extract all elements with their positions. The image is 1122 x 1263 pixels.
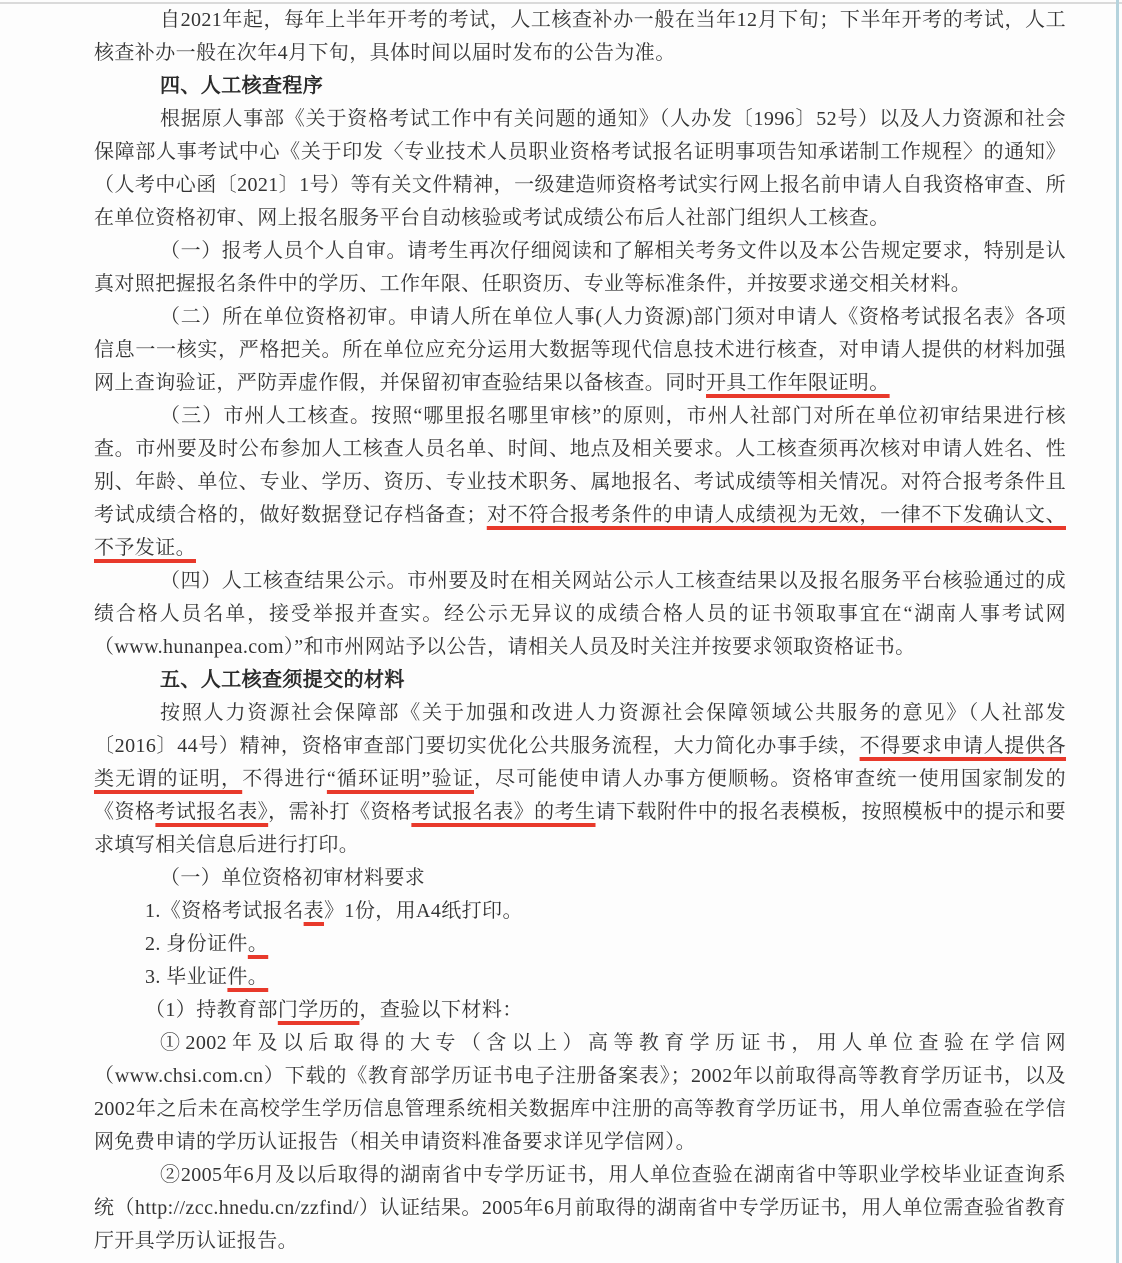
text-segment: ，查验以下材料：	[359, 999, 522, 1021]
text-segment: 》1份，用A4纸打印。	[324, 900, 523, 922]
red-underlined-text: 考试报名表》的考生	[411, 801, 595, 823]
text-segment: 五、人工核查须提交的材料	[160, 669, 405, 691]
red-underlined-text: 门学历的	[278, 999, 360, 1021]
text-segment: 根据原人事部《关于资格考试工作中有关问题的通知》（人办发〔1996〕52号）以及…	[94, 108, 1066, 229]
text-segment: （二）所在单位资格初审。申请人所在单位人事(人力资源)部门须对申请人《资格考试报…	[94, 306, 1066, 394]
text-segment: 自2021年起，每年上半年开考的考试，人工核查补办一般在当年12月下旬；下半年开…	[94, 9, 1066, 64]
paragraph: 1.《资格考试报名表》1份，用A4纸打印。	[94, 895, 1066, 928]
paragraph: ①2002年及以后取得的大专（含以上）高等教育学历证书，用人单位查验在学信网（w…	[94, 1027, 1066, 1159]
red-underlined-text: “循环证明”验证	[327, 768, 474, 790]
paragraph: （一）单位资格初审材料要求	[94, 862, 1066, 895]
paragraph: （四）人工核查结果公示。市州要及时在相关网站公示人工核查结果以及报名服务平台核验…	[94, 565, 1066, 664]
text-segment: 1.《资格考试报名	[145, 900, 304, 922]
section-heading: 四、人工核查程序	[94, 70, 1066, 103]
red-underlined-text: 表	[304, 900, 324, 922]
paragraph: （一）报考人员个人自审。请考生再次仔细阅读和了解相关考务文件以及本公告规定要求，…	[94, 235, 1066, 301]
paragraph: （二）所在单位资格初审。申请人所在单位人事(人力资源)部门须对申请人《资格考试报…	[94, 301, 1066, 400]
text-segment: ，需补打《资格	[268, 801, 411, 823]
text-segment: （一）单位资格初审材料要求	[160, 867, 425, 889]
paragraph: 2. 身份证件。	[94, 928, 1066, 961]
paragraph: （三）市州人工核查。按照“哪里报名哪里审核”的原则，市州人社部门对所在单位初审结…	[94, 400, 1066, 565]
red-underlined-text: 考试报名表》	[155, 801, 268, 823]
paragraph: 根据原人事部《关于资格考试工作中有关问题的通知》（人办发〔1996〕52号）以及…	[94, 103, 1066, 235]
paragraph: （1）持教育部门学历的，查验以下材料：	[94, 994, 1066, 1027]
text-segment: （www.hunanpea.com）	[94, 636, 294, 658]
paragraph: 自2021年起，每年上半年开考的考试，人工核查补办一般在当年12月下旬；下半年开…	[94, 4, 1066, 70]
text-segment: （一）报考人员个人自审。请考生再次仔细阅读和了解相关考务文件以及本公告规定要求，…	[94, 240, 1066, 295]
text-segment: ”和市州网站予以公告，请相关人员及时关注并按要求领取资格证书。	[294, 636, 915, 658]
text-segment: 不得进行	[242, 768, 327, 790]
text-segment: ①2002年及以后取得的大专（含以上）高等教育学历证书，用人单位查验在学信网	[160, 1032, 1066, 1054]
text-segment: （1）持教育部	[145, 999, 278, 1021]
section-heading: 五、人工核查须提交的材料	[94, 664, 1066, 697]
paragraph: ②2005年6月及以后取得的湖南省中专学历证书，用人单位查验在湖南省中等职业学校…	[94, 1159, 1066, 1258]
red-underlined-text: 件。	[227, 966, 268, 988]
paragraph: 按照人力资源社会保障部《关于加强和改进人力资源社会保障领域公共服务的意见》（人社…	[94, 697, 1066, 862]
text-segment: 四、人工核查程序	[160, 75, 323, 97]
text-segment: （www.chsi.com.cn）	[94, 1065, 285, 1087]
text-segment: 3. 毕业证	[145, 966, 227, 988]
text-segment: （http://zcc.hnedu.cn/zzfind/）	[114, 1197, 379, 1219]
paragraph: 3. 毕业证件。	[94, 961, 1066, 994]
text-segment: （四）人工核查结果公示。市州要及时在相关网站公示人工核查结果以及报名服务平台核验…	[94, 570, 1066, 625]
document-body: 自2021年起，每年上半年开考的考试，人工核查补办一般在当年12月下旬；下半年开…	[94, 4, 1066, 1258]
text-segment: 2. 身份证件	[145, 933, 248, 955]
right-edge-line	[1116, 0, 1119, 1263]
red-underlined-text: 开具工作年限证明。	[706, 372, 890, 394]
red-underlined-text: 。	[248, 933, 268, 955]
